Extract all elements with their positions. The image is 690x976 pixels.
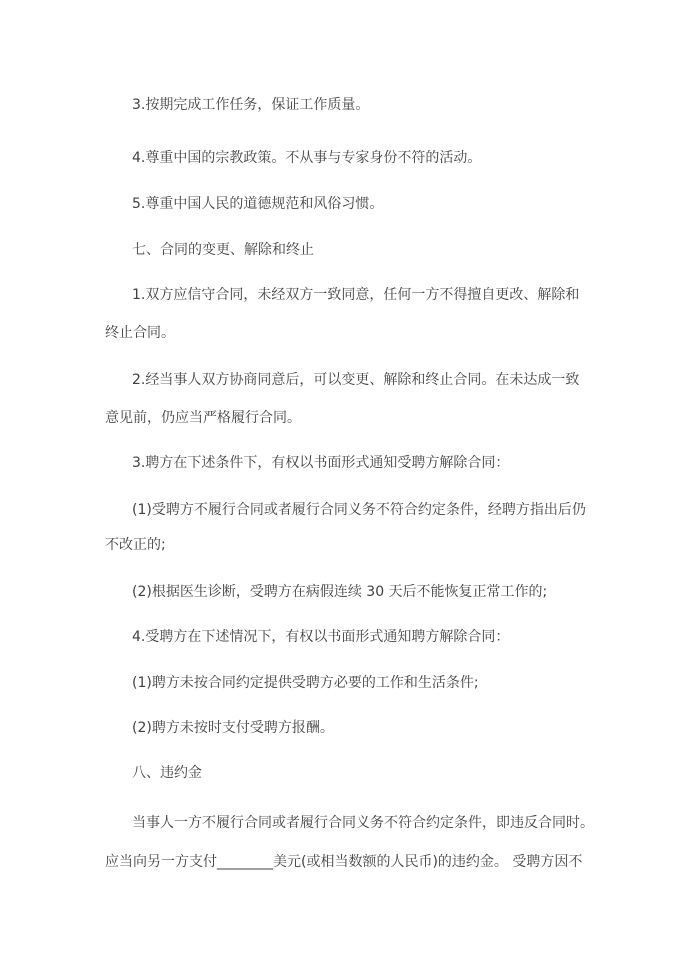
contract-line: (1)受聘方不履行合同或者履行合同义务不符合约定条件，经聘方指出后仍 [105, 500, 586, 520]
contract-page: { "page": { "background_color": "#ffffff… [0, 0, 690, 976]
contract-line: 3.按期完成工作任务，保证工作质量。 [105, 95, 369, 115]
contract-line: 意见前，仍应当严格履行合同。 [105, 408, 301, 428]
contract-line: (2)根据医生诊断，受聘方在病假连续 30 天后不能恢复正常工作的; [105, 582, 547, 602]
contract-line: (1)聘方未按合同约定提供受聘方必要的工作和生活条件; [105, 673, 479, 693]
contract-line: (2)聘方未按时支付受聘方报酬。 [105, 718, 334, 738]
contract-line: 3.聘方在下述条件下，有权以书面形式通知受聘方解除合同： [105, 453, 509, 473]
section-heading: 七、合同的变更、解除和终止 [105, 240, 314, 260]
contract-line: 2.经当事人双方协商同意后，可以变更、解除和终止合同。在未达成一致 [105, 370, 579, 390]
contract-line: 4.尊重中国的宗教政策。不从事与专家身份不符的活动。 [105, 148, 481, 168]
contract-line: 1.双方应信守合同，未经双方一致同意，任何一方不得擅自更改、解除和 [105, 285, 579, 305]
contract-line: 终止合同。 [105, 323, 175, 343]
contract-line: 5.尊重中国人民的道德规范和风俗习惯。 [105, 194, 383, 214]
contract-line: 应当向另一方支付________美元(或相当数额的人民币)的违约金。 受聘方因不 [105, 852, 582, 872]
contract-line: 当事人一方不履行合同或者履行合同义务不符合约定条件，即违反合同时。 [105, 813, 594, 833]
section-heading: 八、违约金 [105, 763, 202, 783]
contract-document: 3.按期完成工作任务，保证工作质量。 4.尊重中国的宗教政策。不从事与专家身份不… [0, 0, 690, 976]
contract-line: 不改正的; [105, 535, 166, 555]
contract-line: 4.受聘方在下述情况下，有权以书面形式通知聘方解除合同： [105, 627, 509, 647]
